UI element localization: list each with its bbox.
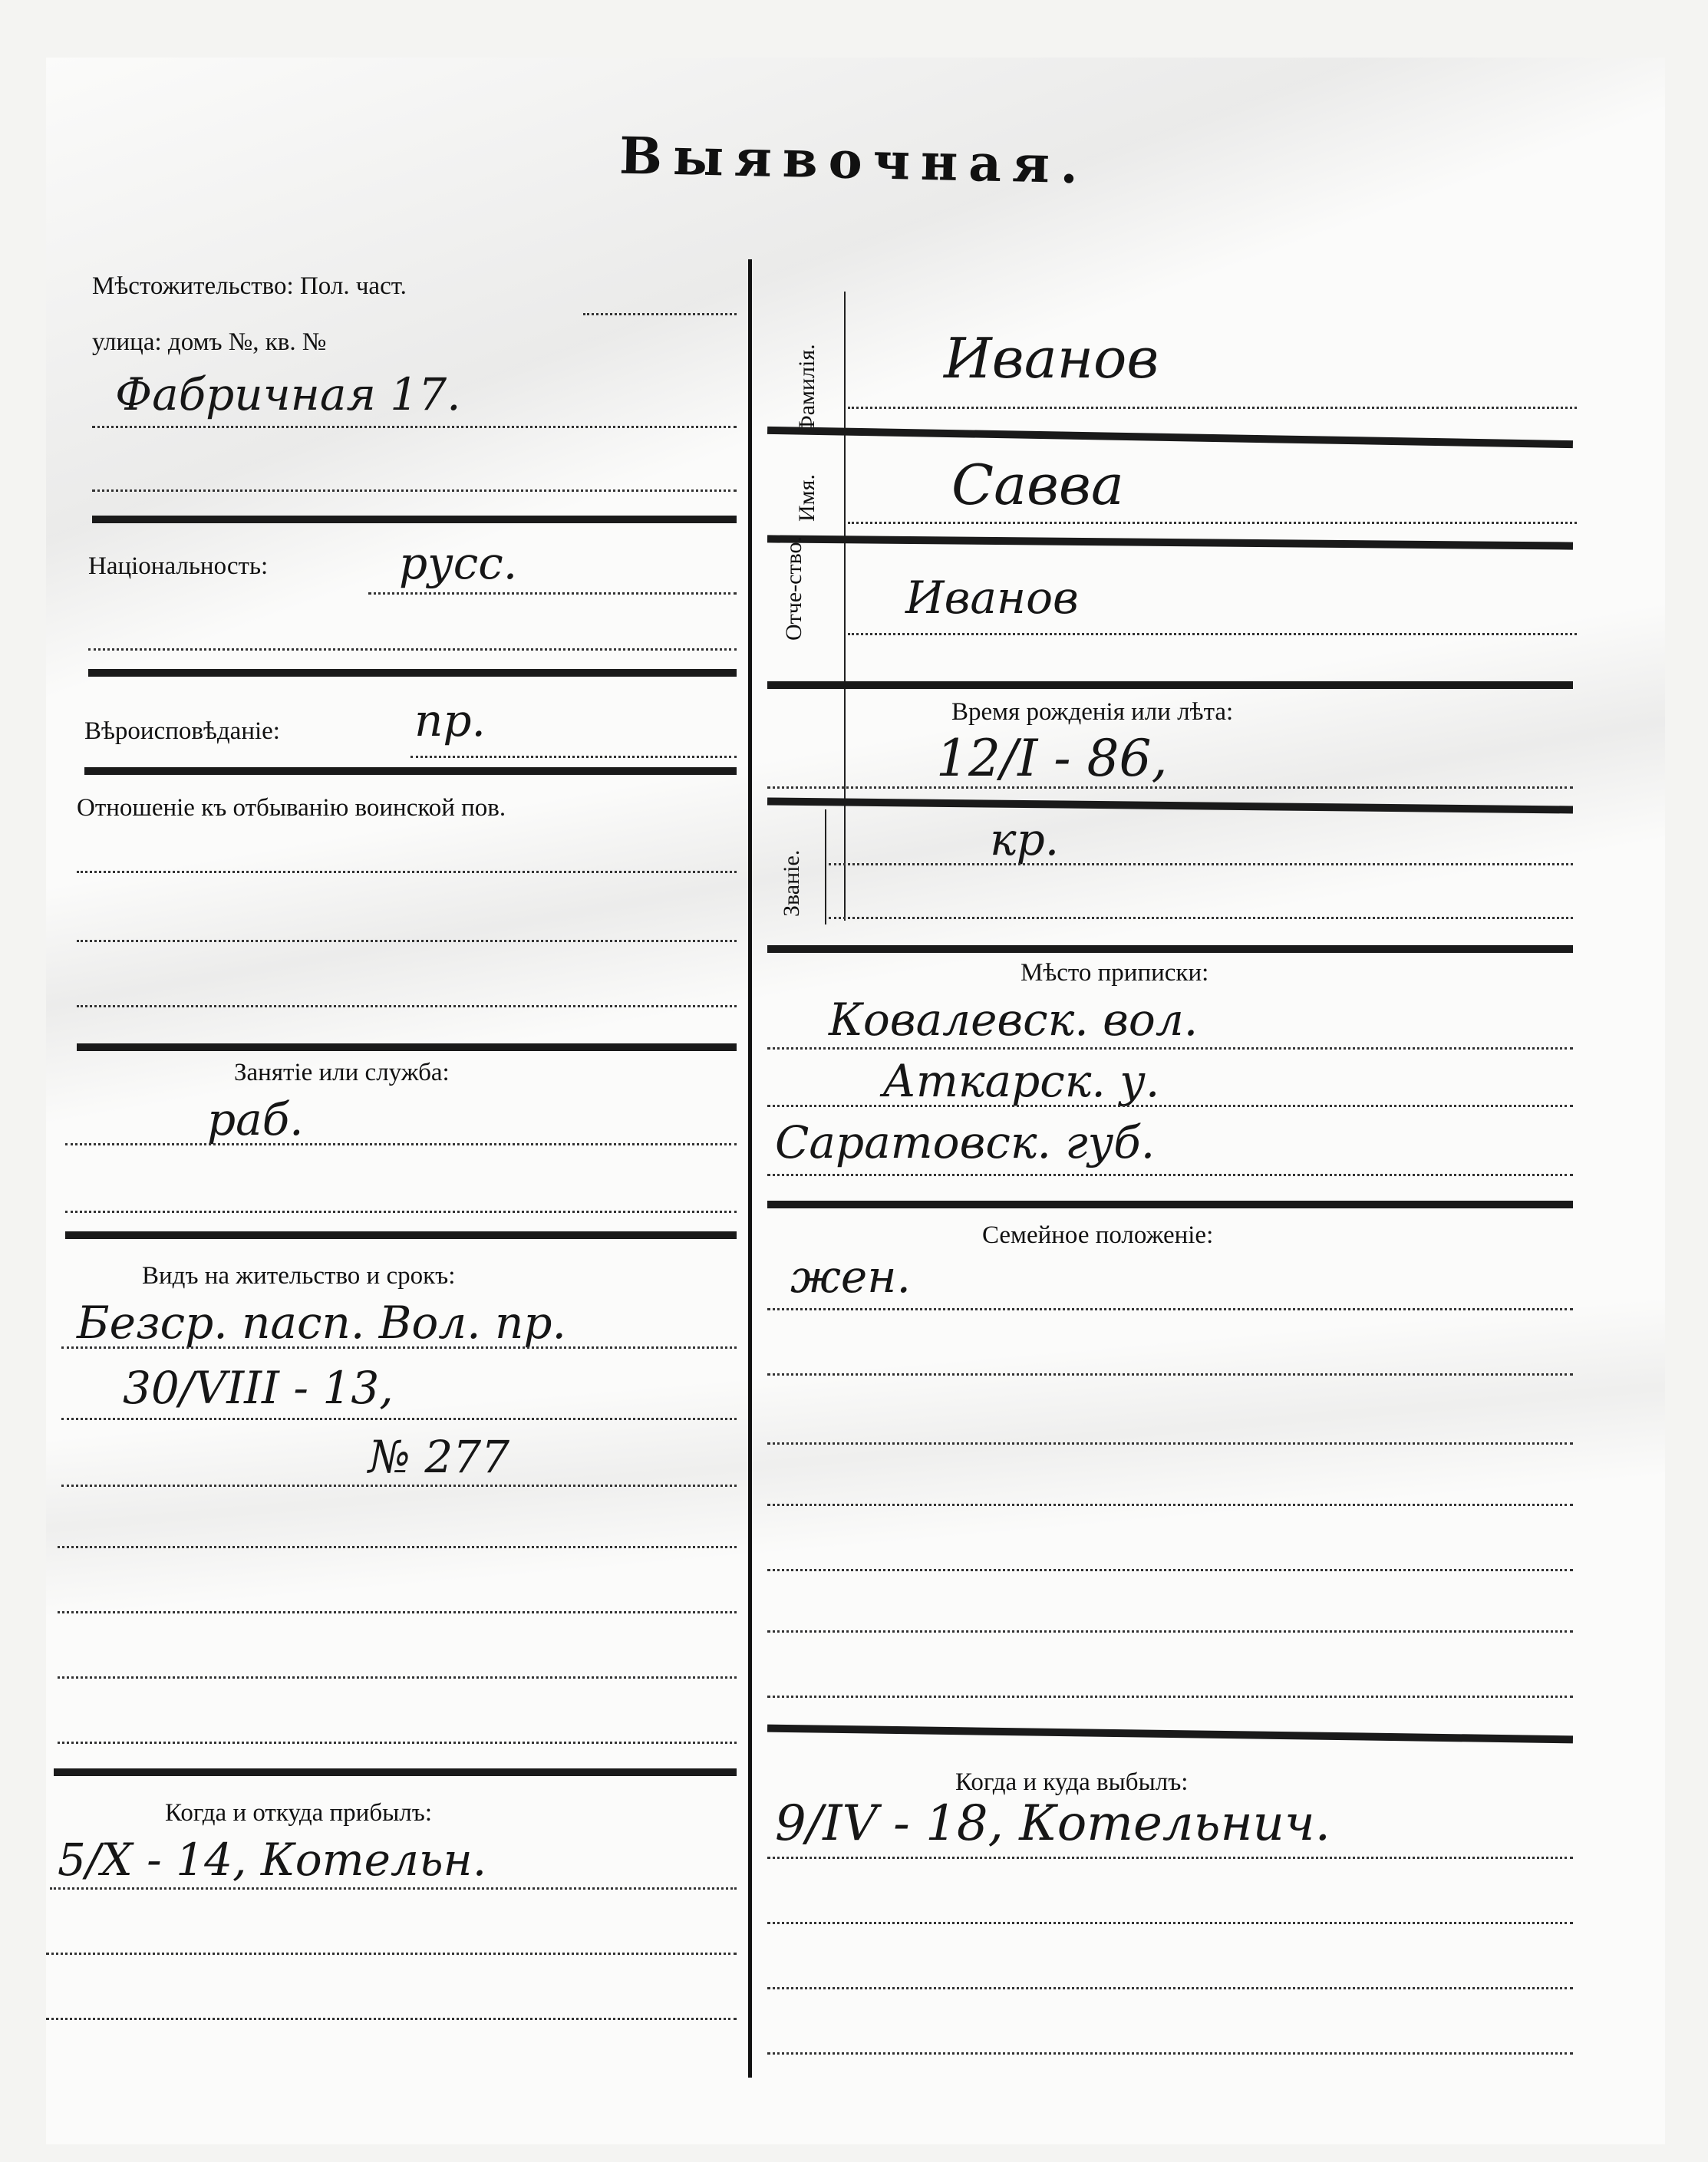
- dotted-line: [848, 633, 1577, 635]
- dotted-line: [583, 313, 737, 315]
- dotted-line: [50, 1887, 737, 1890]
- dotted-line: [58, 1546, 737, 1548]
- family-label: Семейное положеніе:: [982, 1221, 1213, 1250]
- dotted-line: [61, 1418, 737, 1420]
- patronymic-label: Отче-ство.: [783, 536, 806, 641]
- section-rule: [767, 1201, 1573, 1208]
- dotted-line: [767, 1047, 1573, 1050]
- nationality-label: Національность:: [88, 552, 268, 581]
- dotted-line: [829, 863, 1573, 865]
- arrived-value: 5/X - 14, Котельн.: [58, 1834, 486, 1886]
- family-value: жен.: [790, 1251, 911, 1303]
- section-rule: [84, 767, 737, 775]
- dotted-line: [46, 1953, 737, 1955]
- dotted-line: [58, 1742, 737, 1744]
- residence-sublabel: улица: домъ №, кв. №: [92, 328, 326, 357]
- dotted-line: [767, 786, 1573, 789]
- birth-value: 12/I - 86,: [936, 729, 1168, 788]
- dotted-line: [767, 1569, 1573, 1571]
- label-column-rule: [825, 809, 826, 924]
- dotted-line: [58, 1611, 737, 1613]
- arrived-label: Когда и откуда прибылъ:: [165, 1799, 432, 1827]
- residence-label: Мѣстожительство: Пол. част.: [92, 272, 407, 301]
- first-name-label: Имя.: [794, 474, 820, 522]
- section-rule: [88, 669, 737, 677]
- military-label: Отношеніе къ отбыванію воинской пов.: [77, 794, 506, 822]
- dotted-line: [767, 1857, 1573, 1859]
- dotted-line: [65, 1143, 737, 1145]
- residence-value: Фабричная 17.: [115, 368, 461, 420]
- dotted-line: [848, 407, 1577, 409]
- label-column-rule: [844, 292, 846, 921]
- dotted-line: [46, 2018, 737, 2020]
- dotted-line: [767, 1630, 1573, 1633]
- dotted-line: [767, 1987, 1573, 1989]
- dotted-line: [767, 1696, 1573, 1698]
- dotted-line: [767, 1174, 1573, 1176]
- surname-value: Иванов: [944, 326, 1159, 391]
- departed-value: 9/IV - 18, Котельнич.: [775, 1795, 1330, 1852]
- section-rule: [767, 681, 1573, 689]
- section-rule: [77, 1043, 737, 1051]
- dotted-line: [767, 1442, 1573, 1445]
- residence-permit-line1: Безср. пасп. Вол. пр.: [77, 1297, 566, 1349]
- surname-label: Фамилія.: [794, 344, 820, 433]
- first-name-value: Савва: [951, 453, 1124, 517]
- dotted-line: [767, 1504, 1573, 1506]
- religion-value: пр.: [414, 694, 486, 746]
- residence-permit-line3: № 277: [368, 1431, 509, 1483]
- dotted-line: [77, 871, 737, 873]
- dotted-line: [61, 1346, 737, 1349]
- dotted-line: [65, 1211, 737, 1213]
- dotted-line: [92, 426, 737, 428]
- dotted-line: [767, 1922, 1573, 1924]
- rank-label: Званіе.: [779, 850, 805, 917]
- dotted-line: [767, 2052, 1573, 2055]
- dotted-line: [829, 917, 1573, 919]
- dotted-line: [77, 940, 737, 942]
- patronymic-value: Иванов: [905, 572, 1079, 624]
- occupation-value: раб.: [207, 1093, 304, 1145]
- section-rule: [54, 1768, 737, 1776]
- dotted-line: [88, 648, 737, 651]
- registration-label: Мѣсто приписки:: [1021, 959, 1208, 987]
- rank-value: кр.: [990, 813, 1059, 865]
- religion-label: Вѣроисповѣданіе:: [84, 717, 280, 746]
- dotted-line: [411, 756, 737, 758]
- dotted-line: [767, 1373, 1573, 1376]
- occupation-label: Занятіе или служба:: [234, 1059, 450, 1087]
- section-rule: [65, 1231, 737, 1239]
- section-rule: [92, 516, 737, 523]
- birth-label: Время рожденія или лѣта:: [951, 698, 1233, 727]
- registration-line3: Саратовск. губ.: [775, 1116, 1155, 1168]
- dotted-line: [368, 592, 737, 595]
- dotted-line: [848, 522, 1577, 524]
- dotted-line: [767, 1105, 1573, 1107]
- dotted-line: [58, 1676, 737, 1679]
- dotted-line: [767, 1308, 1573, 1310]
- dotted-line: [92, 489, 737, 492]
- residence-permit-line2: 30/VIII - 13,: [123, 1362, 394, 1414]
- column-divider: [748, 259, 752, 2078]
- dotted-line: [61, 1485, 737, 1487]
- nationality-value: русс.: [399, 537, 517, 589]
- registration-line1: Ковалевск. вол.: [829, 994, 1198, 1046]
- residence-permit-label: Видъ на жительство и срокъ:: [142, 1262, 455, 1290]
- section-rule: [767, 945, 1573, 953]
- departed-label: Когда и куда выбылъ:: [955, 1768, 1188, 1797]
- registration-line2: Аткарск. у.: [882, 1055, 1159, 1107]
- dotted-line: [77, 1005, 737, 1007]
